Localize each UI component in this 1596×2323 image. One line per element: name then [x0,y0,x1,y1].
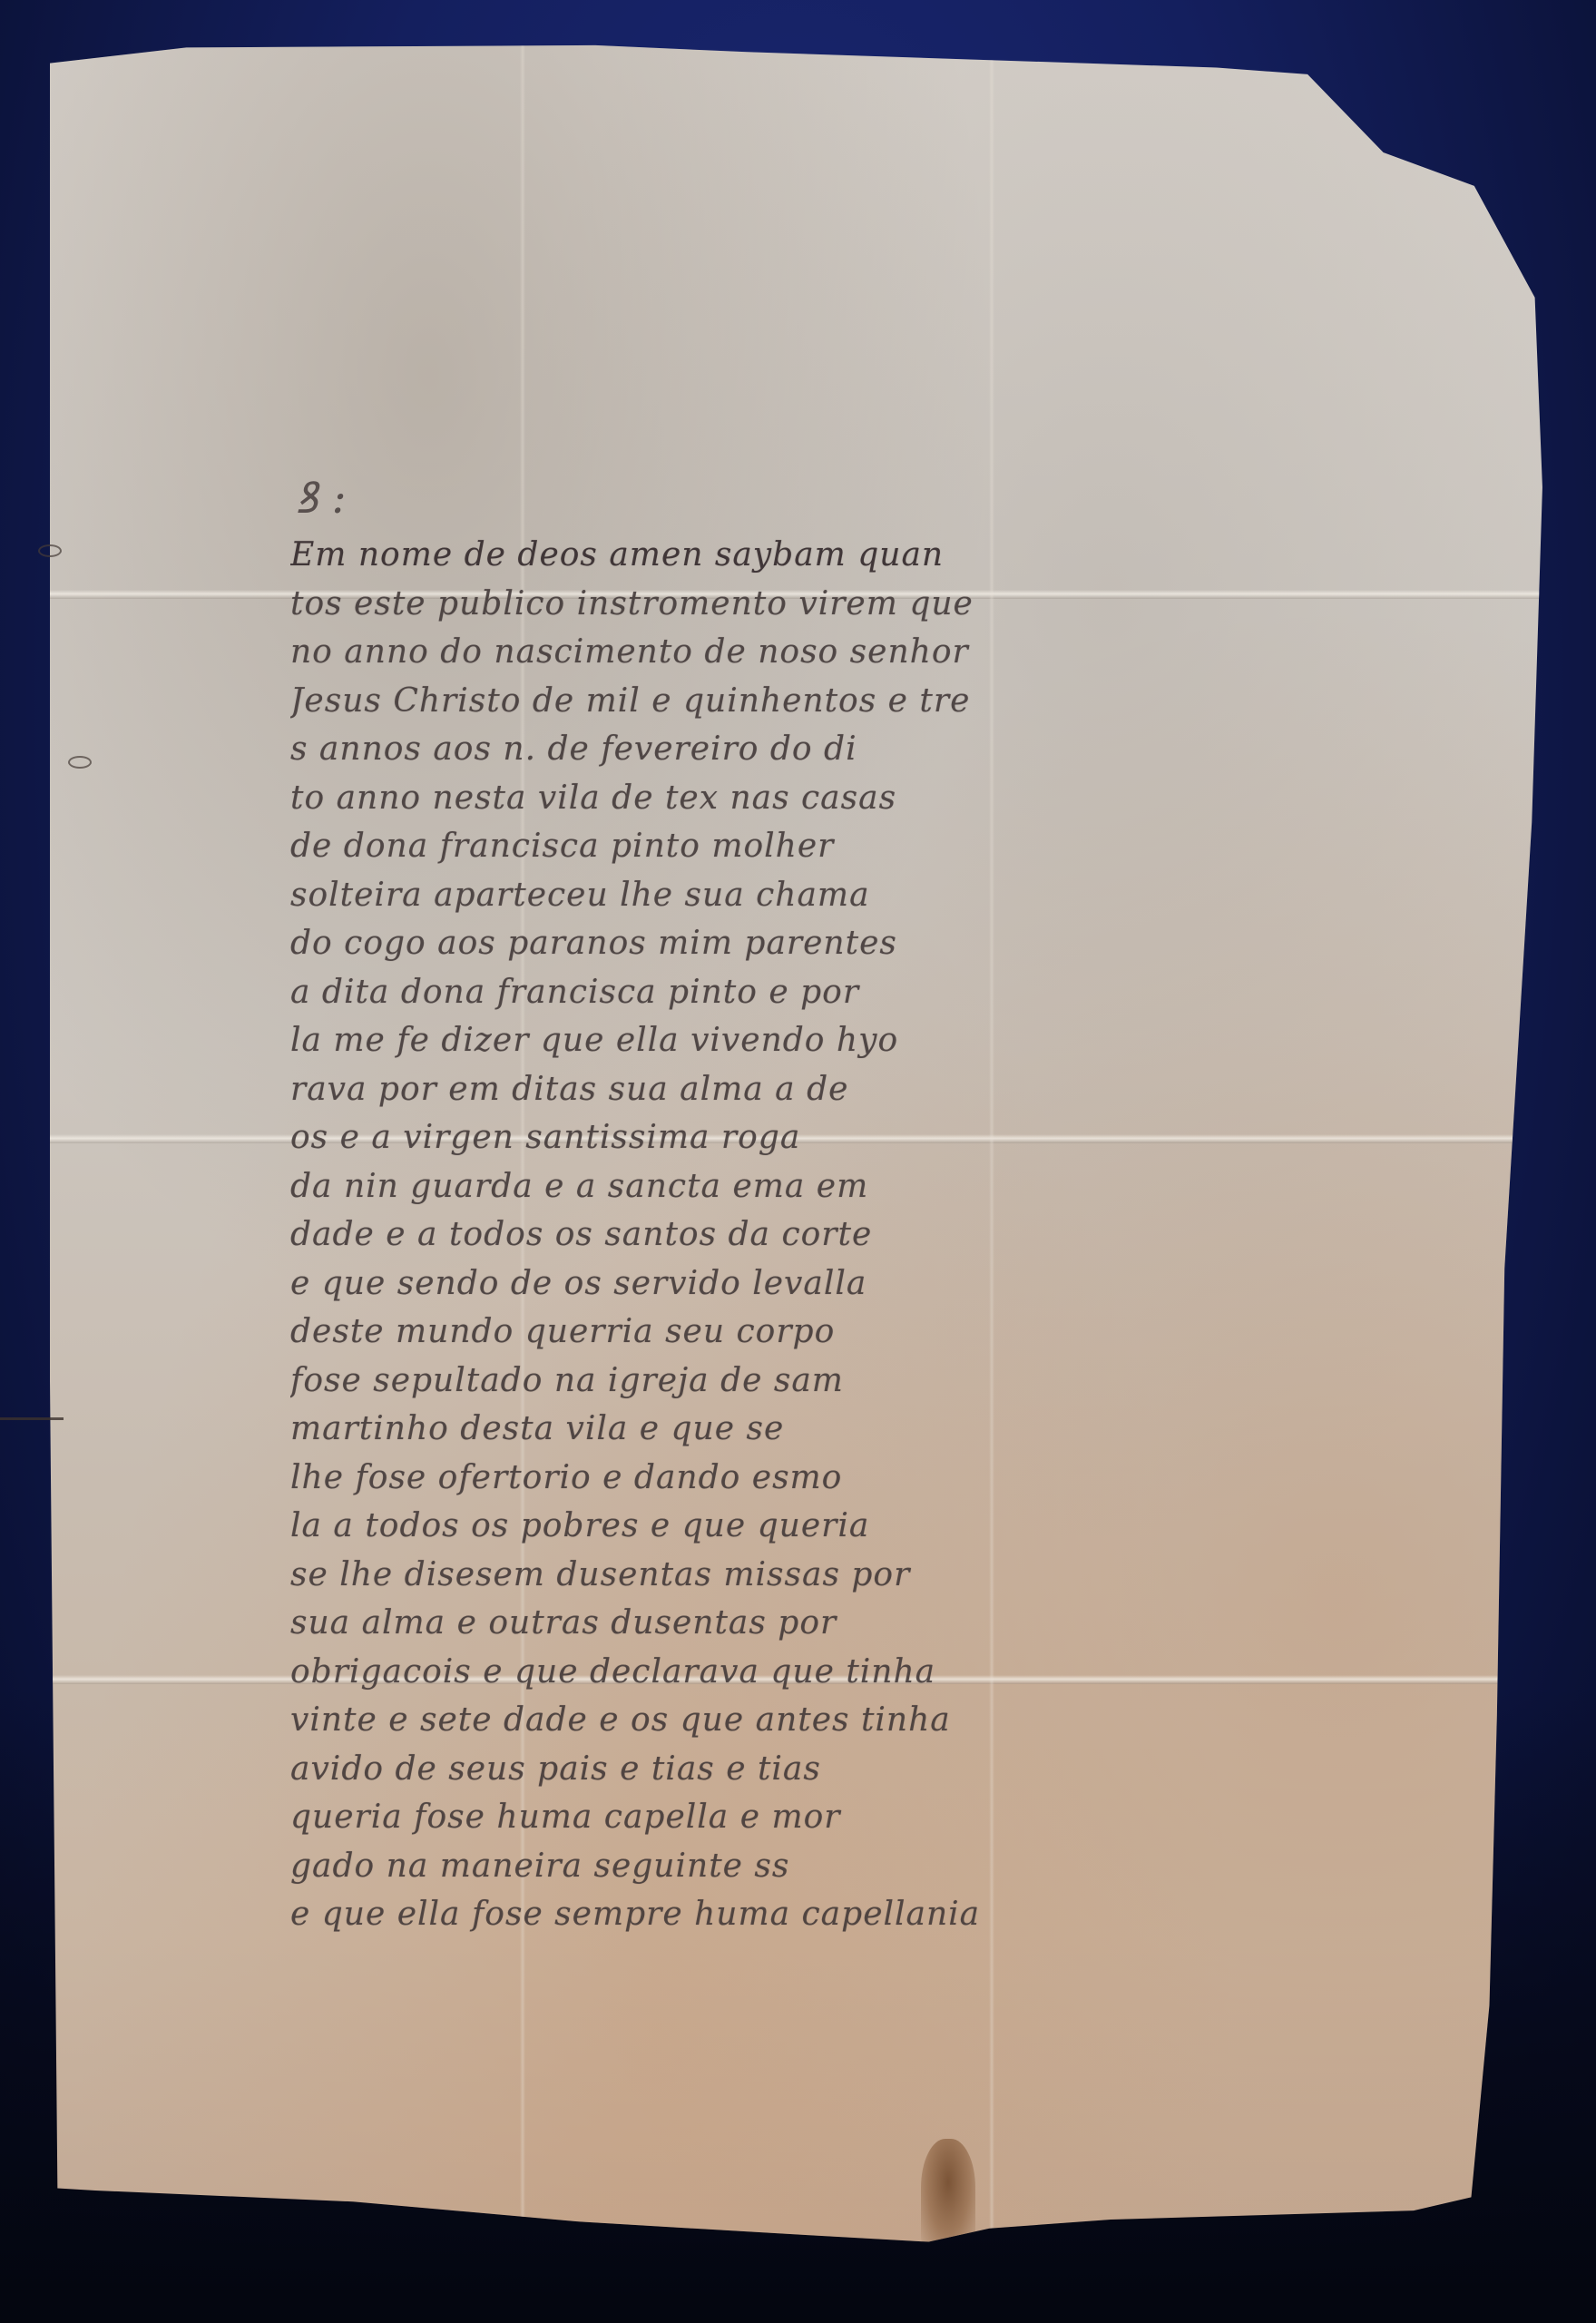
manuscript-text: Em nome de deos amen saybam quan tos est… [290,531,1316,1939]
manuscript-line: sua alma e outras dusentas por [290,1599,1316,1648]
marginal-mark: ꝸ : [295,467,347,526]
manuscript-line: rava por em ditas sua alma a de [290,1065,1316,1114]
manuscript-line: la a todos os pobres e que queria [290,1502,1316,1551]
binding-hole [38,544,62,557]
manuscript-line: s annos aos n. de fevereiro do di [290,725,1316,774]
manuscript-line: gado na maneira seguinte ss [290,1842,1316,1891]
manuscript-line: martinho desta vila e que se [290,1405,1316,1454]
manuscript-line: de dona francisca pinto molher [290,822,1316,871]
manuscript-line: lhe fose ofertorio e dando esmo [290,1454,1316,1503]
manuscript-line: to anno nesta vila de tex nas casas [290,774,1316,823]
manuscript-line: obrigacois e que declarava que tinha [290,1648,1316,1697]
manuscript-line: vinte e sete dade e os que antes tinha [290,1696,1316,1745]
manuscript-line: os e a virgen santissima roga [290,1113,1316,1162]
manuscript-line: la me fe dizer que ella vivendo hyo [290,1016,1316,1065]
manuscript-line: tos este publico instromento virem que [290,580,1316,629]
manuscript-line: e que sendo de os servido levalla [290,1260,1316,1309]
manuscript-line: avido de seus pais e tias e tias [290,1745,1316,1794]
manuscript-line: no anno do nascimento de noso senhor [290,628,1316,677]
binding-hole [68,756,92,769]
ink-stain [921,2139,975,2248]
manuscript-line: do cogo aos paranos mim parentes [290,919,1316,968]
manuscript-line: solteira aparteceu lhe sua chama [290,871,1316,920]
manuscript-line: da nin guarda e a sancta ema em [290,1162,1316,1211]
manuscript-line: dade e a todos os santos da corte [290,1211,1316,1260]
manuscript-line: Jesus Christo de mil e quinhentos e tre [290,677,1316,726]
binding-thread [0,1417,64,1420]
manuscript-line: Em nome de deos amen saybam quan [290,531,1316,580]
manuscript-line: fose sepultado na igreja de sam [290,1357,1316,1406]
manuscript-line: queria fose huma capella e mor [290,1793,1316,1842]
manuscript-line: e que ella fose sempre huma capellania [290,1890,1316,1939]
manuscript-line: deste mundo querria seu corpo [290,1308,1316,1357]
manuscript-line: se lhe disesem dusentas missas por [290,1551,1316,1600]
manuscript-line: a dita dona francisca pinto e por [290,968,1316,1017]
